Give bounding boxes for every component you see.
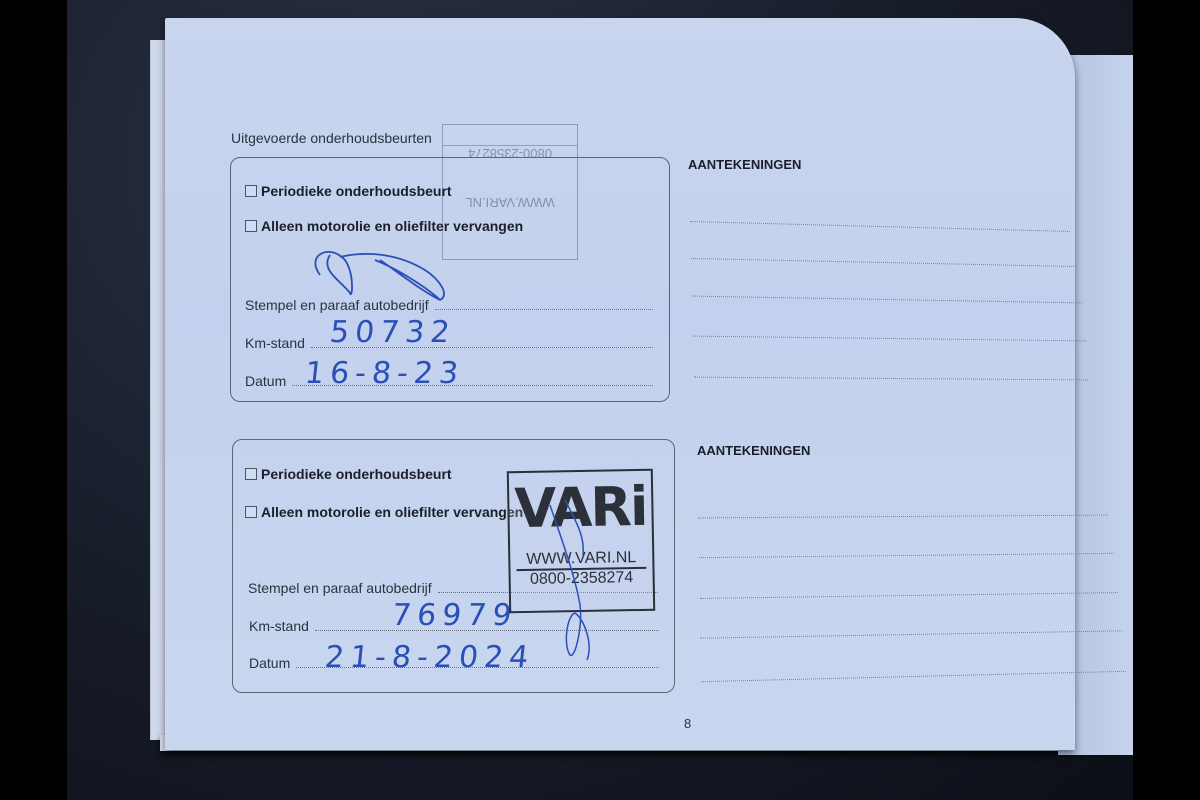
option-periodic-2[interactable]: Periodieke onderhoudsbeurt	[245, 466, 452, 482]
date-value-1: 16-8-23	[303, 356, 466, 391]
km-label: Km-stand	[249, 618, 309, 634]
date-value-2: 21-8-2024	[323, 640, 536, 675]
checkbox-icon[interactable]	[245, 506, 257, 518]
option-label: Periodieke onderhoudsbeurt	[261, 466, 452, 482]
stamp-label: Stempel en paraaf autobedrijf	[248, 580, 432, 596]
checkbox-icon[interactable]	[245, 468, 257, 480]
km-label: Km-stand	[245, 335, 305, 351]
option-label: Periodieke onderhoudsbeurt	[261, 183, 452, 199]
km-value-2: 76979	[390, 598, 519, 633]
page-number: 8	[684, 716, 691, 731]
signature-2	[545, 495, 605, 665]
option-oil-1[interactable]: Alleen motorolie en oliefilter vervangen	[245, 218, 523, 234]
stamp-label: Stempel en paraaf autobedrijf	[245, 297, 429, 313]
option-oil-2[interactable]: Alleen motorolie en oliefilter vervangen	[245, 504, 523, 520]
notes-title-2: AANTEKENINGEN	[697, 443, 810, 458]
option-label: Alleen motorolie en oliefilter vervangen	[261, 218, 523, 234]
section-title: Uitgevoerde onderhoudsbeurten	[231, 130, 432, 146]
signature-1	[300, 245, 460, 325]
checkbox-icon[interactable]	[245, 185, 257, 197]
date-label: Datum	[249, 655, 290, 671]
checkbox-icon[interactable]	[245, 220, 257, 232]
stamp-field-1[interactable]: Stempel en paraaf autobedrijf	[245, 297, 653, 313]
date-label: Datum	[245, 373, 286, 389]
option-label: Alleen motorolie en oliefilter vervangen	[261, 504, 523, 520]
notes-title-1: AANTEKENINGEN	[688, 157, 801, 172]
km-value-1: 50732	[328, 315, 457, 350]
option-periodic-1[interactable]: Periodieke onderhoudsbeurt	[245, 183, 452, 199]
